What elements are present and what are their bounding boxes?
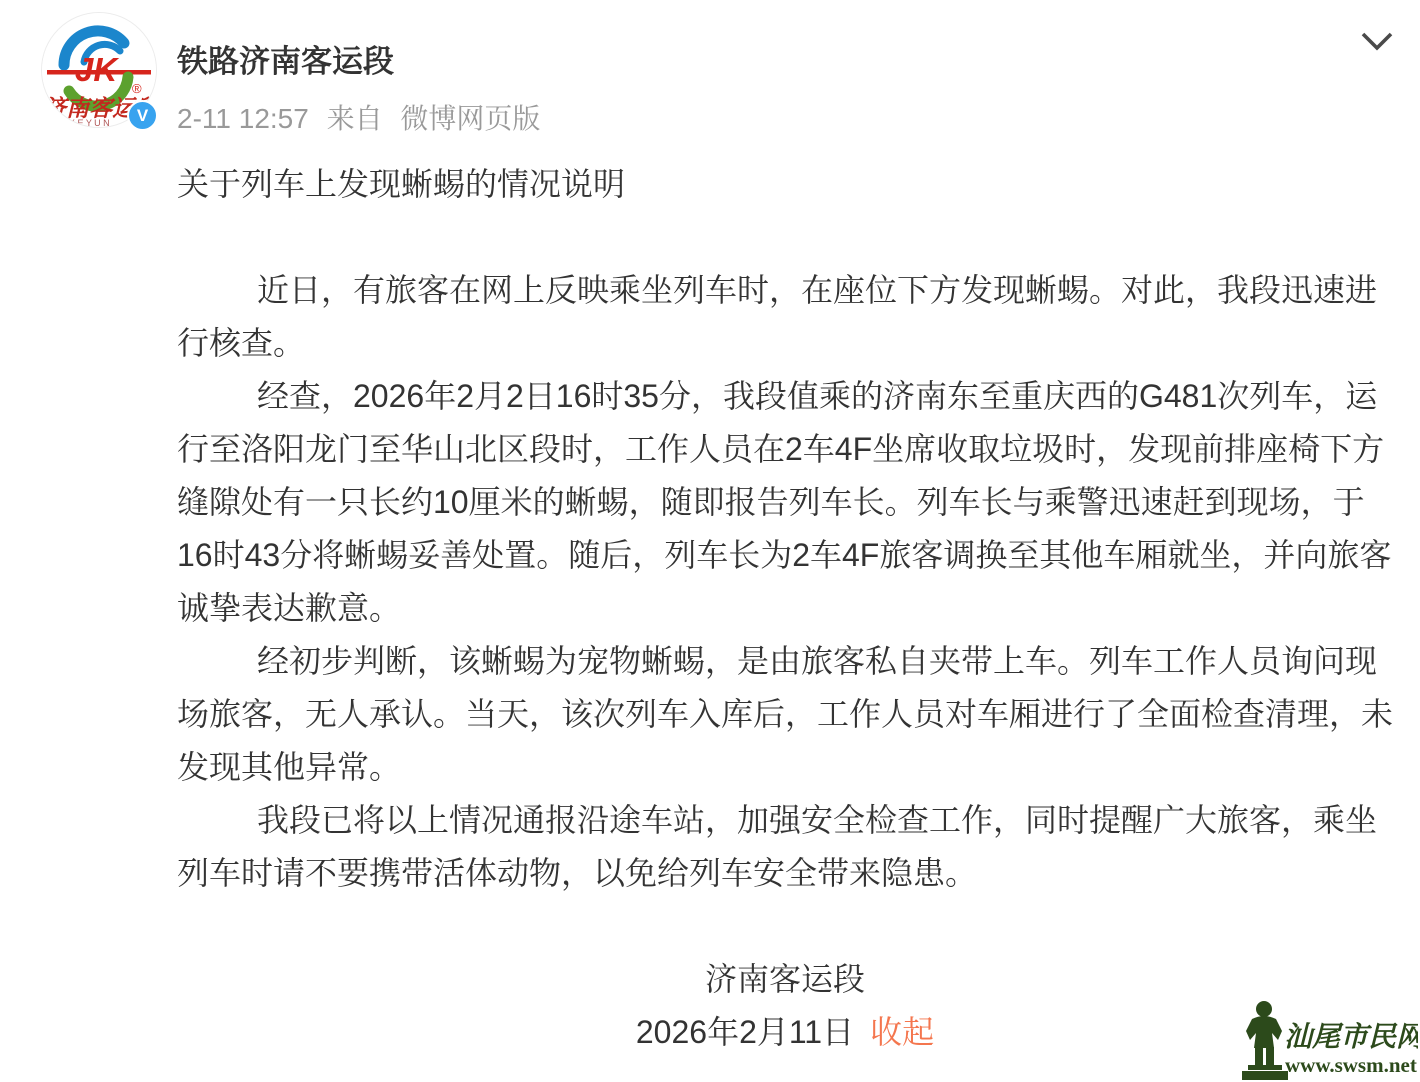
timestamp[interactable]: 2-11 12:57 bbox=[177, 103, 309, 134]
watermark-site-url: www.swsm.net bbox=[1285, 1053, 1417, 1077]
source-link[interactable]: 微博网页版 bbox=[400, 103, 540, 134]
verified-badge-icon: V bbox=[127, 100, 158, 131]
post-meta: 2-11 12:57 来自 微博网页版 bbox=[177, 97, 550, 137]
post-title: 关于列车上发现蜥蜴的情况说明 bbox=[177, 158, 1393, 211]
source-prefix: 来自 bbox=[327, 103, 383, 134]
logo-footer-letters: J K E Y U N bbox=[62, 118, 110, 127]
watermark-site-name: 汕尾市民网 bbox=[1284, 1021, 1418, 1052]
weibo-post-page: JK ® 济南客运段 J K E Y U N V 铁路济南客运段 2-11 12… bbox=[0, 0, 1420, 1082]
username[interactable]: 铁路济南客运段 bbox=[177, 36, 394, 81]
logo-letters: JK bbox=[75, 51, 119, 88]
site-watermark: 汕尾市民网 www.swsm.net bbox=[1228, 998, 1418, 1082]
post-paragraph: 经初步判断，该蜥蜴为宠物蜥蜴，是由旅客私自夹带上车。列车工作人员询问现场旅客，无… bbox=[177, 635, 1393, 794]
post-paragraph: 我段已将以上情况通报沿途车站，加强安全检查工作，同时提醒广大旅客，乘坐列车时请不… bbox=[177, 794, 1393, 900]
post-paragraph: 经查，2026年2月2日16时35分，我段值乘的济南东至重庆西的G481次列车，… bbox=[177, 370, 1393, 635]
chevron-down-icon[interactable] bbox=[1360, 30, 1394, 56]
post-content: 关于列车上发现蜥蜴的情况说明 近日，有旅客在网上反映乘坐列车时，在座位下方发现蜥… bbox=[177, 158, 1393, 1059]
collapse-link[interactable]: 收起 bbox=[870, 1014, 934, 1050]
registered-mark: ® bbox=[132, 81, 142, 96]
post-dateline: 2026年2月11日收起 bbox=[177, 1006, 1393, 1059]
post-date: 2026年2月11日 bbox=[636, 1014, 854, 1050]
avatar[interactable]: JK ® 济南客运段 J K E Y U N V bbox=[42, 13, 156, 127]
post-paragraph: 近日，有旅客在网上反映乘坐列车时，在座位下方发现蜥蜴。对此，我段迅速进行核查。 bbox=[177, 264, 1393, 370]
post-signature: 济南客运段 bbox=[177, 953, 1393, 1006]
statue-silhouette-icon bbox=[1242, 1001, 1288, 1080]
